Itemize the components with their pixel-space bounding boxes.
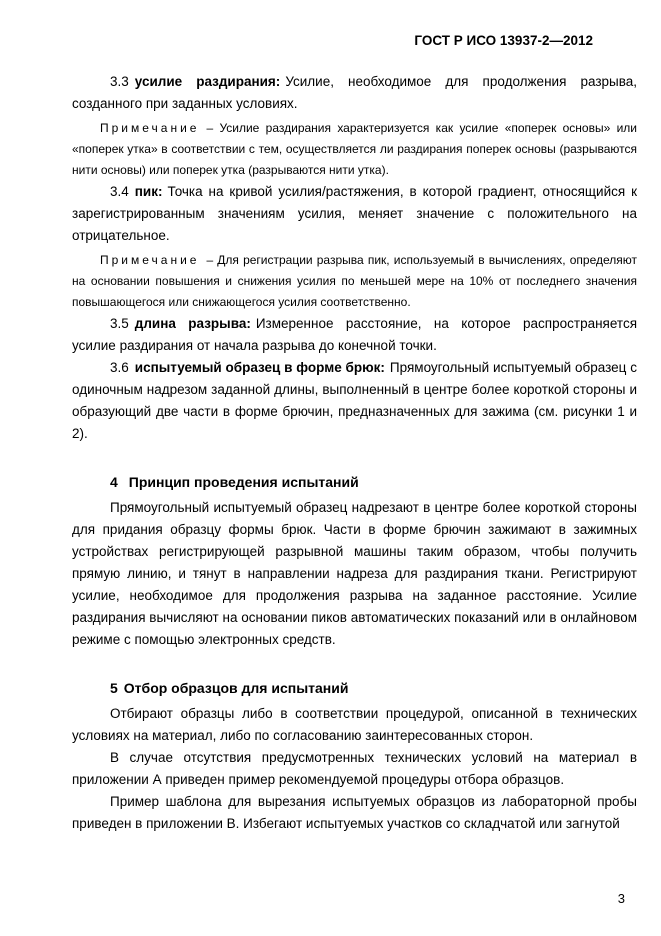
section-number: 5 (110, 680, 118, 696)
document-page: ГОСТ Р ИСО 13937-2—2012 3.3усилие раздир… (0, 0, 661, 936)
note-3-3: Примечание– Усилие раздирания характериз… (72, 118, 637, 181)
term-number: 3.3 (110, 74, 129, 89)
section-5-paragraph-2: В случае отсутствия предусмотренных техн… (72, 747, 637, 791)
term-number: 3.6 (110, 360, 129, 375)
paragraph-text: В случае отсутствия предусмотренных техн… (72, 750, 637, 787)
term-definition-3-3: 3.3усилие раздирания:Усилие, необходимое… (72, 71, 637, 115)
term-definition-3-4: 3.4пик:Точка на кривой усилия/растяжения… (72, 181, 637, 247)
term-definition-3-6: 3.6испытуемый образец в форме брюк:Прямо… (72, 357, 637, 445)
note-3-4: Примечание– Для регистрации разрыва пик,… (72, 250, 637, 313)
term-name: длина разрыва: (135, 316, 251, 331)
section-title: Принцип проведения испытаний (129, 474, 359, 490)
section-5-paragraph-3: Пример шаблона для вырезания испытуемых … (72, 791, 637, 835)
term-name: испытуемый образец в форме брюк: (135, 360, 385, 375)
term-definition-3-5: 3.5длина разрыва:Измеренное расстояние, … (72, 313, 637, 357)
paragraph-text: Отбирают образцы либо в соответствии про… (72, 706, 637, 743)
term-number: 3.4 (110, 184, 129, 199)
term-number: 3.5 (110, 316, 129, 331)
section-4-paragraph: Прямоугольный испытуемый образец надреза… (72, 497, 637, 651)
note-label: Примечание (100, 253, 199, 267)
term-name: пик: (135, 184, 163, 199)
section-title: Отбор образцов для испытаний (124, 680, 349, 696)
term-name: усилие раздирания: (135, 74, 281, 89)
section-4-heading: 4Принцип проведения испытаний (72, 473, 637, 491)
section-5-heading: 5Отбор образцов для испытаний (72, 679, 637, 697)
doc-code: ГОСТ Р ИСО 13937-2—2012 (414, 33, 593, 48)
page-number: 3 (618, 891, 625, 906)
note-label: Примечание (100, 121, 199, 135)
paragraph-text: Прямоугольный испытуемый образец надреза… (72, 500, 637, 647)
paragraph-text: Пример шаблона для вырезания испытуемых … (72, 794, 637, 831)
section-number: 4 (110, 474, 118, 490)
document-header: ГОСТ Р ИСО 13937-2—2012 (72, 33, 637, 49)
section-5-paragraph-1: Отбирают образцы либо в соответствии про… (72, 703, 637, 747)
